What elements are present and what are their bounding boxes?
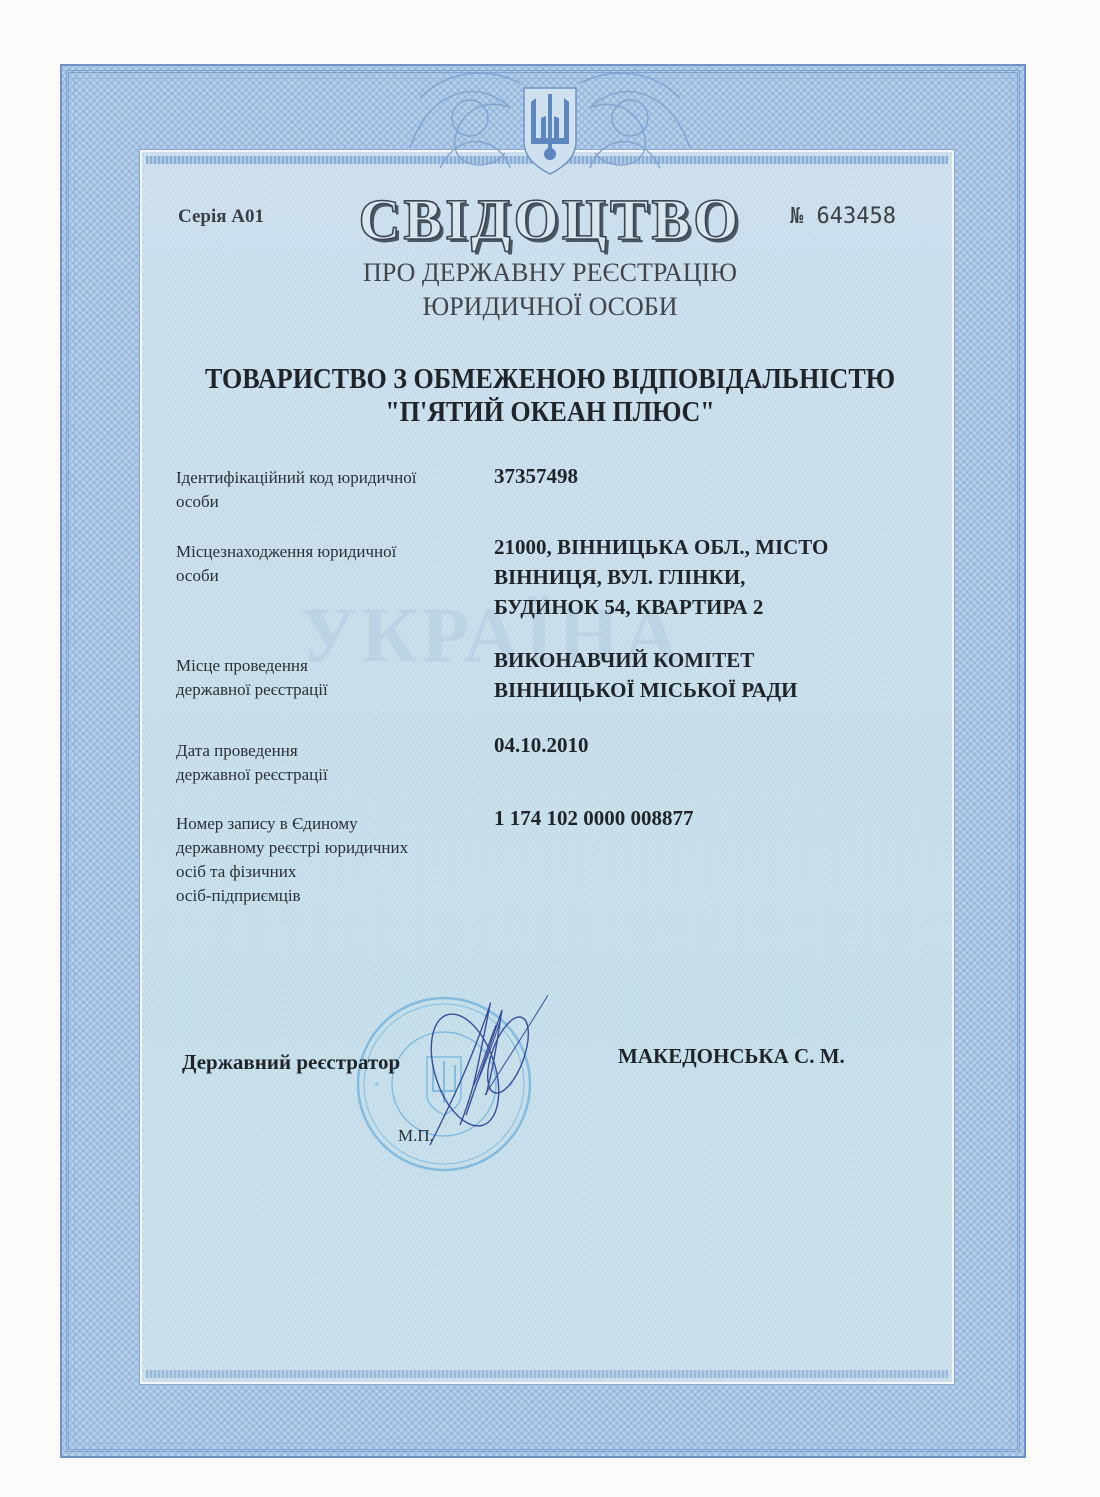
value-line: 21000, ВІННИЦЬКА ОБЛ., МІСТО (494, 532, 934, 562)
field-value-register-entry: 1 174 102 0000 008877 (494, 804, 934, 832)
label-line: особи (176, 490, 476, 514)
field-value-id-code: 37357498 (494, 462, 934, 490)
label-line: Номер запису в Єдиному (176, 812, 476, 836)
value-line: ВИКОНАВЧИЙ КОМІТЕТ (494, 645, 934, 675)
seal-place-label: М.П. (398, 1126, 434, 1146)
series-label: Серія А01 (178, 206, 264, 228)
value-line: 1 174 102 0000 008877 (494, 804, 934, 832)
subtitle-line-1: ПРО ДЕРЖАВНУ РЕЄСТРАЦІЮ (200, 258, 900, 288)
entity-name-line-1: ТОВАРИСТВО З ОБМЕЖЕНОЮ ВІДПОВІДАЛЬНІСТЮ (178, 364, 922, 396)
label-line: осіб та фізичних (176, 860, 476, 884)
field-label-registration-date: Дата проведення державної реєстрації (176, 739, 476, 787)
field-label-address: Місцезнаходження юридичної особи (176, 540, 476, 588)
label-line: особи (176, 564, 476, 588)
entity-name-line-2: "П'ЯТИЙ ОКЕАН ПЛЮС" (178, 397, 922, 429)
certificate-title: СВІДОЦТВО (330, 186, 770, 253)
value-line: ВІННИЦЬКОЇ МІСЬКОЇ РАДИ (494, 675, 934, 705)
label-line: Місцезнаходження юридичної (176, 540, 476, 564)
registrar-name: МАКЕДОНСЬКА С. М. (618, 1044, 845, 1069)
label-line: Ідентифікаційний код юридичної (176, 466, 476, 490)
value-line: ВІННИЦЯ, ВУЛ. ГЛІНКИ, (494, 562, 934, 592)
subtitle-line-2: ЮРИДИЧНОЇ ОСОБИ (200, 292, 900, 322)
label-line: державному реєстрі юридичних (176, 836, 476, 860)
value-line: 37357498 (494, 462, 934, 490)
field-value-address: 21000, ВІННИЦЬКА ОБЛ., МІСТО ВІННИЦЯ, ВУ… (494, 532, 934, 622)
registrar-role: Державний реєстратор (182, 1050, 400, 1075)
field-value-registration-place: ВИКОНАВЧИЙ КОМІТЕТ ВІННИЦЬКОЇ МІСЬКОЇ РА… (494, 645, 934, 705)
field-label-register-entry: Номер запису в Єдиному державному реєстр… (176, 812, 476, 908)
field-label-id-code: Ідентифікаційний код юридичної особи (176, 466, 476, 514)
label-line: Місце проведення (176, 654, 476, 678)
label-line: державної реєстрації (176, 678, 476, 702)
label-line: Дата проведення (176, 739, 476, 763)
field-value-registration-date: 04.10.2010 (494, 731, 934, 759)
trident-coat-of-arms-icon (400, 58, 700, 186)
value-line: БУДИНОК 54, КВАРТИРА 2 (494, 592, 934, 622)
field-label-registration-place: Місце проведення державної реєстрації (176, 654, 476, 702)
certificate-number: № 643458 (790, 204, 896, 229)
label-line: державної реєстрації (176, 763, 476, 787)
label-line: осіб-підприємців (176, 884, 476, 908)
value-line: 04.10.2010 (494, 731, 934, 759)
